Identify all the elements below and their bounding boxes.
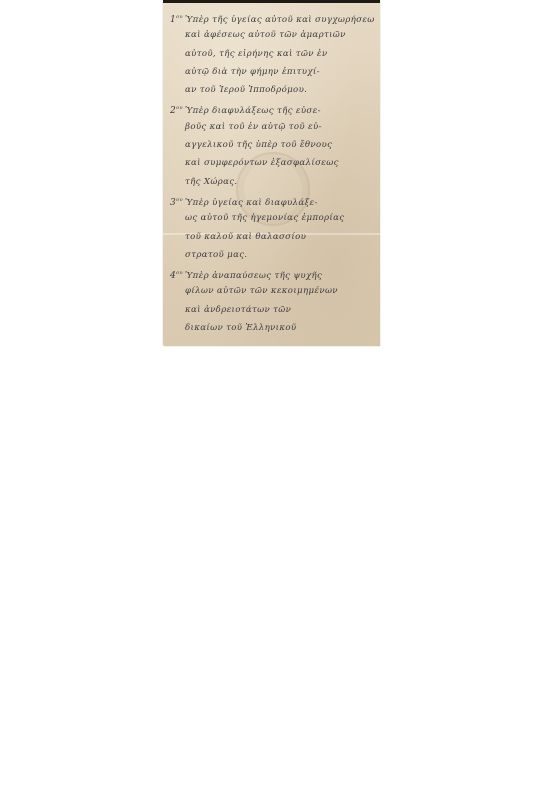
item-4-line-1: 4ουὙπὲρ ἀναπαύσεως τῆς ψυχῆς (170, 264, 375, 282)
item-4-number: 4ου (170, 264, 185, 282)
item-4-line-3: καὶ ἀνδρειοτάτων τῶν (170, 301, 375, 319)
item-3-line-2: ως αὐτοῦ τῆς ἡγεμονίας ἐμπορίας (170, 209, 375, 227)
item-2-line-5: τῆς Χώρας. (170, 173, 375, 191)
item-4-line-4: δικαίων τοῦ Ἑλληνικοῦ (170, 319, 375, 337)
manuscript-text: 1ουὙπὲρ τῆς ὑγείας αὐτοῦ καὶ συγχωρήσεως… (170, 8, 375, 337)
item-3-line-4: στρατοῦ μας. (170, 246, 375, 264)
item-3-number: 3ου (170, 191, 185, 209)
item-2-number: 2ου (170, 99, 185, 117)
item-2-line-4: καὶ συμφερόντων ἐξασφαλίσεως (170, 154, 375, 172)
item-1-line-1: 1ουὙπὲρ τῆς ὑγείας αὐτοῦ καὶ συγχωρήσεως (170, 8, 375, 26)
item-2-line-2: βοῦς καὶ τοῦ ἐν αὐτῷ τοῦ εὐ- (170, 118, 375, 136)
scan-edge (163, 0, 380, 3)
item-1-number: 1ου (170, 8, 185, 26)
item-1-line-2: καὶ ἀφέσεως αὐτοῦ τῶν ἁμαρτιῶν (170, 26, 375, 44)
item-4-line-2: φίλων αὐτῶν τῶν κεκοιμημένων (170, 282, 375, 300)
item-2-line-3: αγγελικοῦ τῆς ὑπὲρ τοῦ ἔθνους (170, 136, 375, 154)
item-1-line-5: αν τοῦ Ἱεροῦ Ἱπποδρόμου. (170, 81, 375, 99)
item-1-line-3: αὐτοῦ, τῆς εἰρήνης καὶ τῶν ἐν (170, 45, 375, 63)
item-3-line-3: τοῦ καλοῦ καὶ θαλασσίου (170, 228, 375, 246)
item-3-line-1: 3ουὙπὲρ ὑγείας καὶ διαφυλάξε- (170, 191, 375, 209)
item-2-line-1: 2ουὙπὲρ διαφυλάξεως τῆς εὐσε- (170, 99, 375, 117)
item-1-line-4: αὐτῷ διὰ τὴν φήμην ἐπιτυχί- (170, 63, 375, 81)
